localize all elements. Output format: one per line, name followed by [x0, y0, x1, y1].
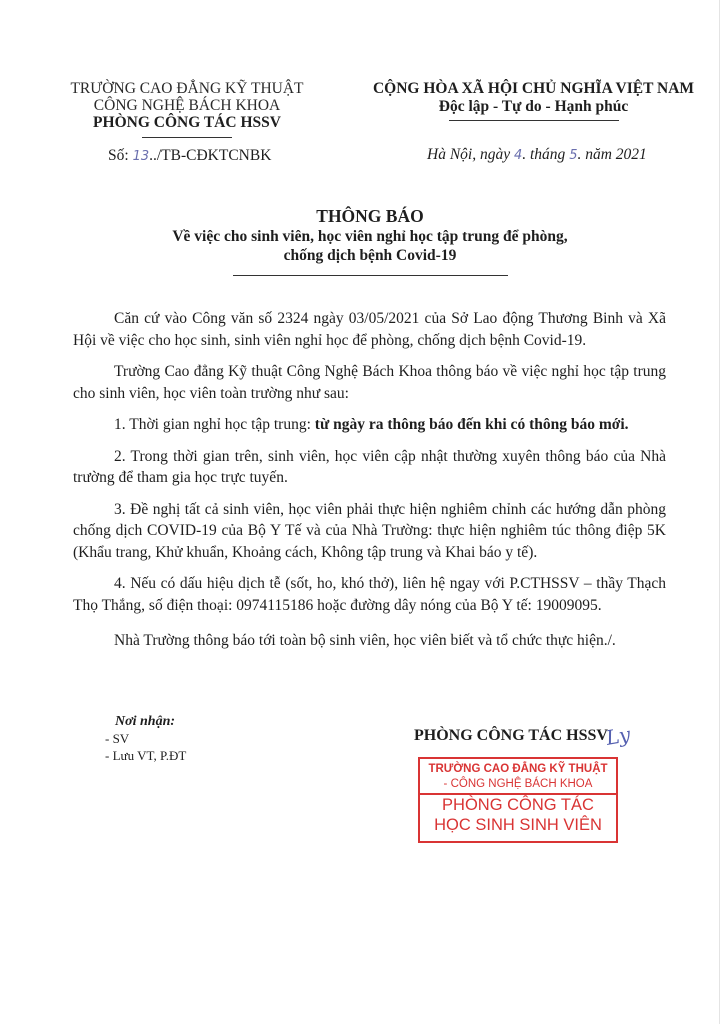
- notice-title: THÔNG BÁO: [120, 205, 620, 227]
- recipients-block: Nơi nhận: - SV - Lưu VT, P.ĐT: [105, 713, 186, 764]
- issuer-header: TRƯỜNG CAO ĐẲNG KỸ THUẬT CÔNG NGHỆ BÁCH …: [62, 80, 312, 138]
- recipients-heading: Nơi nhận:: [115, 713, 186, 730]
- date-day: 4: [514, 148, 522, 163]
- list-item-1-label: 1. Thời gian nghỉ học tập trung:: [114, 416, 315, 433]
- document-number-prefix: Số:: [108, 147, 133, 164]
- issuer-underline: [142, 137, 232, 138]
- stamp-line2: - CÔNG NGHỆ BÁCH KHOA: [420, 777, 616, 791]
- list-item-1: 1. Thời gian nghỉ học tập trung: từ ngày…: [73, 414, 666, 436]
- recipient-item: - Lưu VT, P.ĐT: [105, 747, 186, 764]
- issuer-school-line2: CÔNG NGHỆ BÁCH KHOA: [62, 97, 312, 114]
- national-title: CỘNG HÒA XÃ HỘI CHỦ NGHĨA VIỆT NAM: [366, 80, 701, 98]
- official-stamp: TRƯỜNG CAO ĐẲNG KỸ THUẬT - CÔNG NGHỆ BÁC…: [418, 757, 618, 843]
- document-number: Số: 13../TB-CĐKTCNBK: [108, 147, 271, 165]
- recipient-item: - SV: [105, 730, 186, 747]
- date-prefix: Hà Nội, ngày: [427, 146, 514, 163]
- notice-subtitle-line1: Về việc cho sinh viên, học viên nghỉ học…: [120, 227, 620, 246]
- notice-title-block: THÔNG BÁO Về việc cho sinh viên, học viê…: [120, 205, 620, 276]
- scan-edge-line: [719, 0, 720, 1024]
- closing-statement: Nhà Trường thông báo tới toàn bộ sinh vi…: [114, 632, 616, 650]
- notice-subtitle-line2: chống dịch bệnh Covid-19: [120, 246, 620, 265]
- national-header: CỘNG HÒA XÃ HỘI CHỦ NGHĨA VIỆT NAM Độc l…: [366, 80, 701, 121]
- list-item-3: 3. Đề nghị tất cả sinh viên, học viên ph…: [73, 499, 666, 564]
- stamp-line3: PHÒNG CÔNG TÁC: [420, 795, 616, 815]
- issuer-department: PHÒNG CÔNG TÁC HSSV: [62, 114, 312, 131]
- handwritten-signature: Ly: [604, 722, 632, 750]
- list-item-2: 2. Trong thời gian trên, sinh viên, học …: [73, 446, 666, 489]
- document-date: Hà Nội, ngày 4. tháng 5. năm 2021: [427, 146, 647, 164]
- list-item-1-bold: từ ngày ra thông báo đến khi có thông bá…: [315, 416, 629, 433]
- notice-body: Căn cứ vào Công văn số 2324 ngày 03/05/2…: [73, 308, 666, 626]
- national-underline: [449, 120, 619, 121]
- issuer-school-line1: TRƯỜNG CAO ĐẲNG KỸ THUẬT: [62, 80, 312, 97]
- title-underline: [233, 275, 508, 276]
- list-item-4: 4. Nếu có dấu hiệu dịch tễ (sốt, ho, khó…: [73, 573, 666, 616]
- document-number-handwritten: 13: [133, 149, 150, 164]
- signer-title: PHÒNG CÔNG TÁC HSSV: [414, 727, 608, 745]
- date-month-label: . tháng: [522, 146, 569, 163]
- paragraph-legal-basis: Căn cứ vào Công văn số 2324 ngày 03/05/2…: [73, 308, 666, 351]
- date-year: . năm 2021: [577, 146, 646, 163]
- document-number-suffix: ../TB-CĐKTCNBK: [149, 147, 271, 164]
- stamp-line4: HỌC SINH SINH VIÊN: [420, 815, 616, 835]
- paragraph-announcement: Trường Cao đẳng Kỹ thuật Công Nghệ Bách …: [73, 361, 666, 404]
- national-motto: Độc lập - Tự do - Hạnh phúc: [366, 98, 701, 116]
- stamp-line1: TRƯỜNG CAO ĐẲNG KỸ THUẬT: [420, 762, 616, 777]
